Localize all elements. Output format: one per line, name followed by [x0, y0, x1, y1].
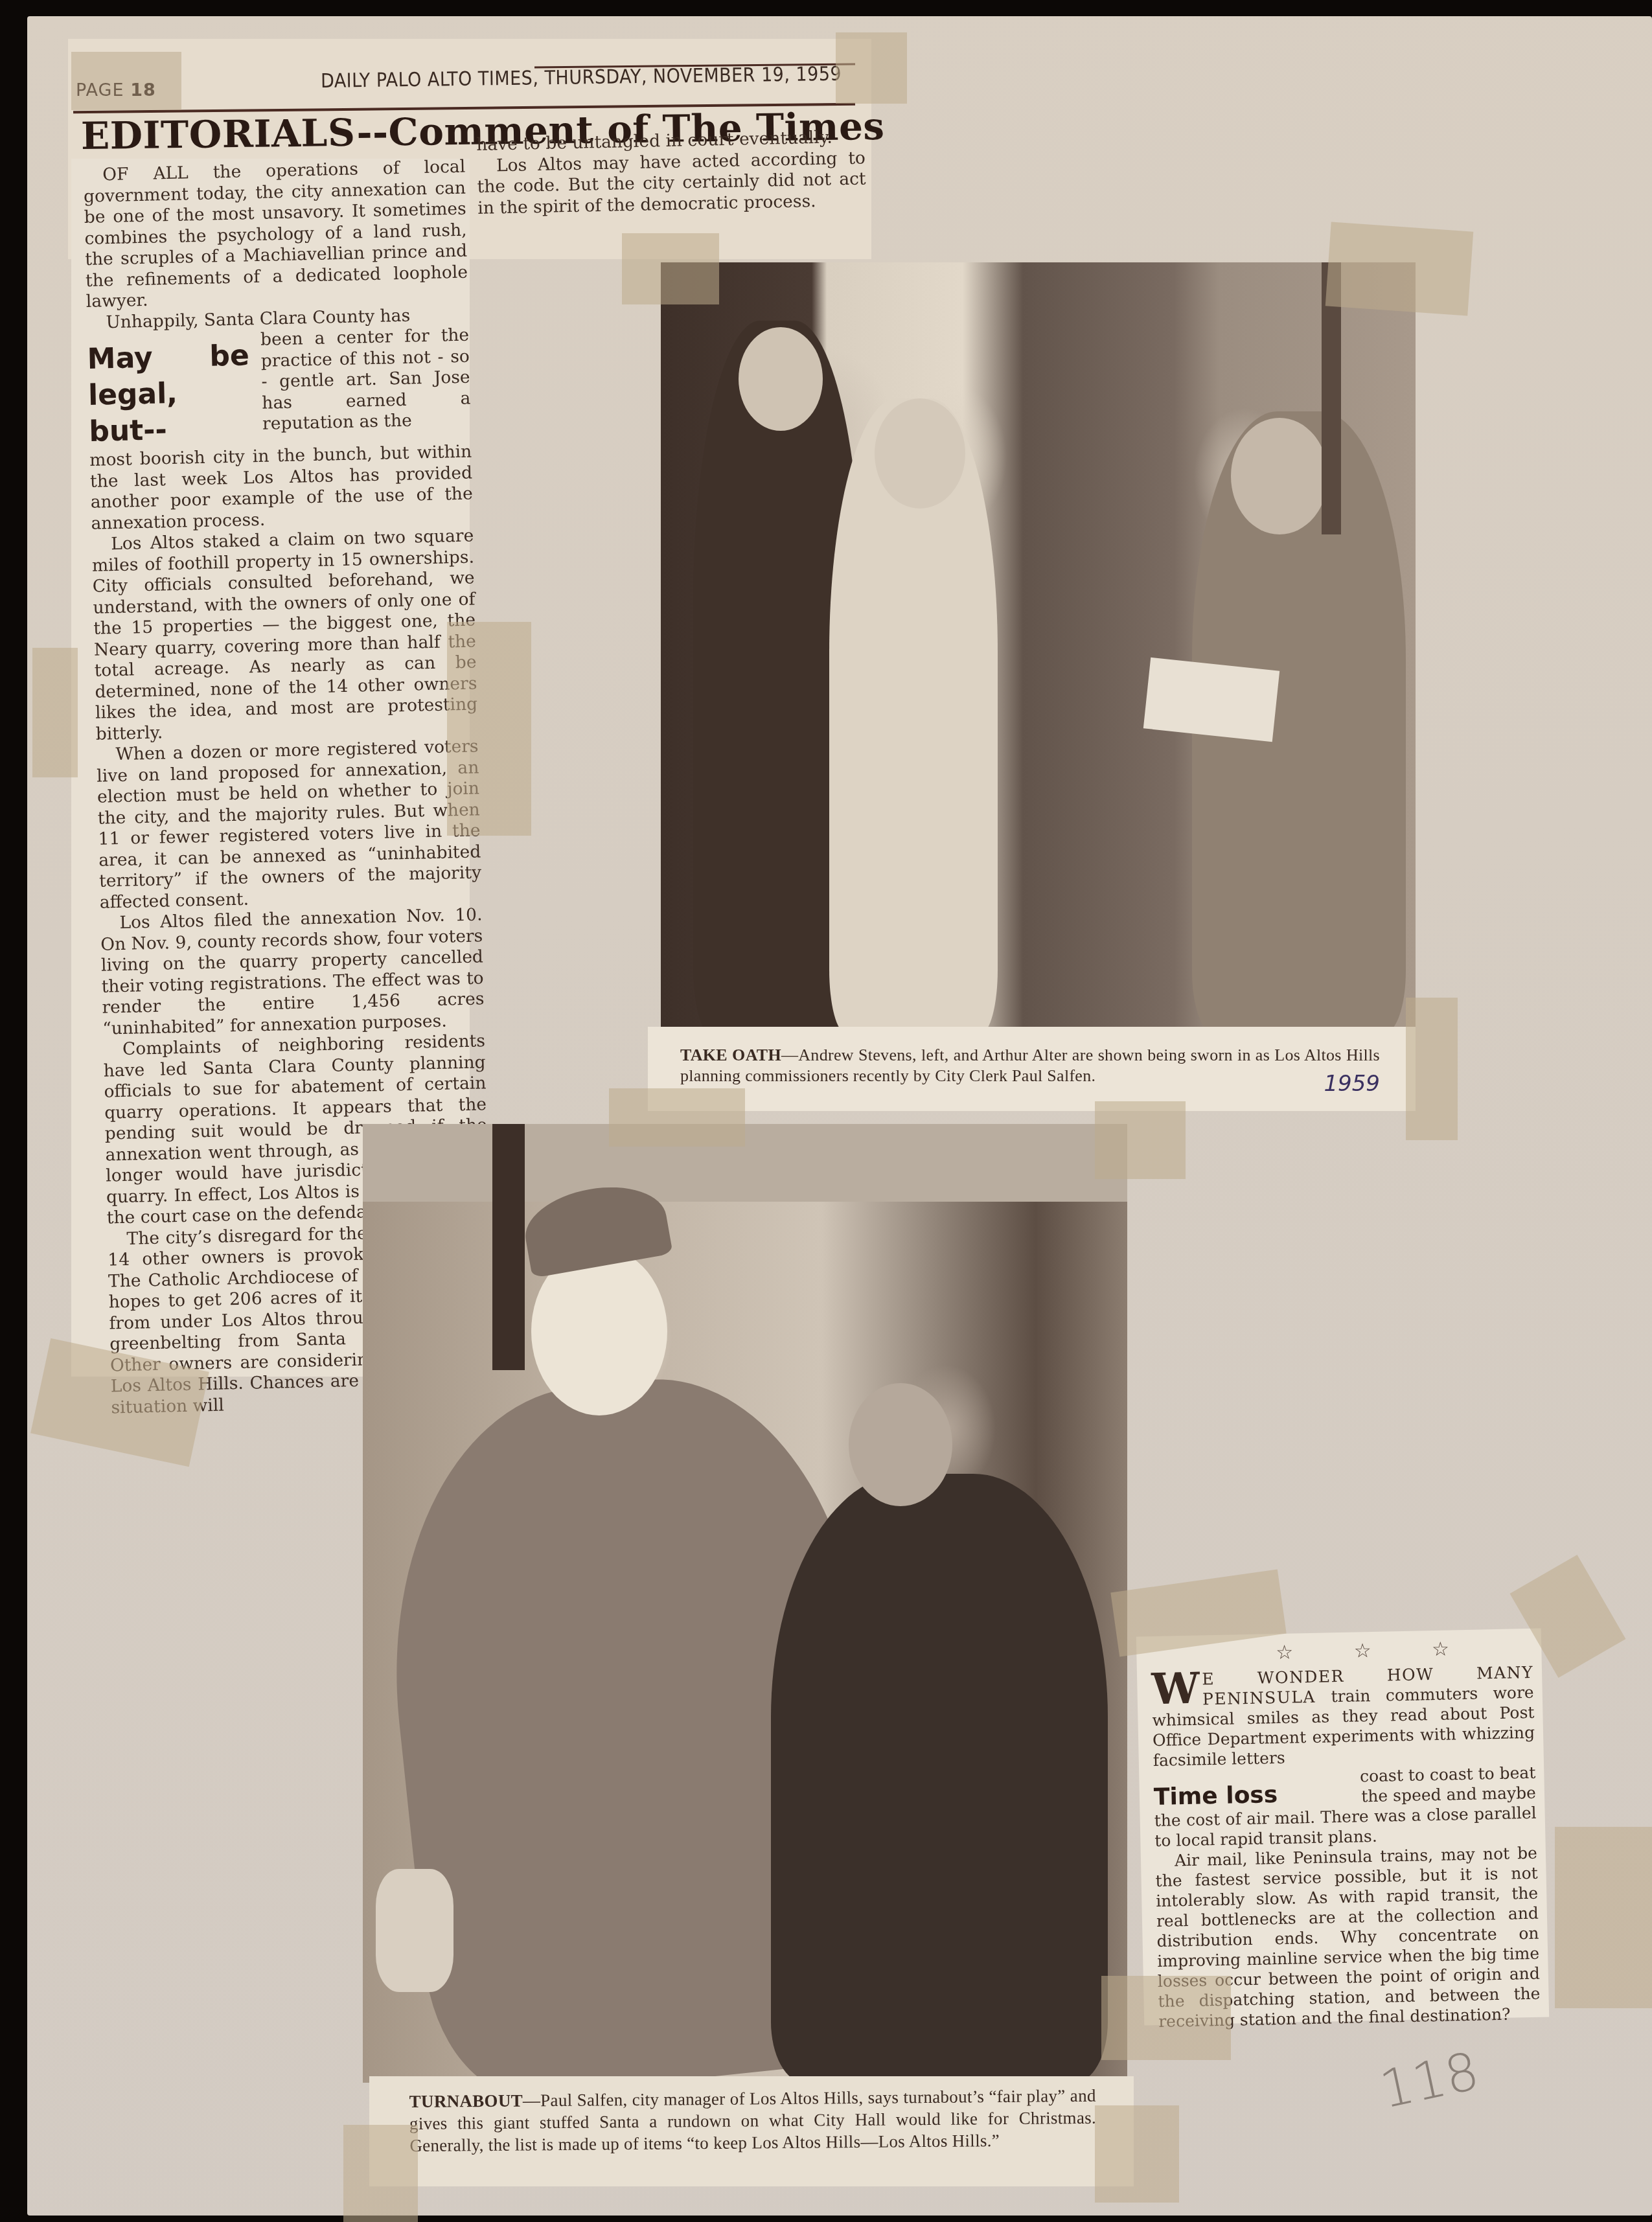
paragraph-continuation: most boorish city in the bunch, but with… — [89, 442, 474, 534]
tape-strip — [1101, 1976, 1231, 2060]
tape-strip — [32, 648, 78, 777]
editorial-column-2: have to be untangled in court eventually… — [476, 126, 867, 219]
santa-mitten — [376, 1869, 453, 1992]
photo-turnabout — [363, 1124, 1127, 2083]
paragraph: Los Altos filed the annexation Nov. 10. … — [100, 904, 485, 1039]
tape-strip — [71, 52, 181, 110]
tape-strip — [1095, 2105, 1179, 2203]
tape-strip — [1406, 998, 1458, 1140]
paragraph: OF ALL the operations of local governmen… — [83, 157, 468, 313]
photo-face — [1231, 418, 1328, 534]
photo-figure-man — [771, 1474, 1108, 2083]
subhead-block: May be legal, but-- been a center for th… — [87, 325, 472, 450]
tape-strip — [609, 1088, 745, 1147]
paragraph-continuation: coast to coast to beat the speed and may… — [1335, 1763, 1536, 1807]
caption-lead: TAKE OATH — [680, 1046, 781, 1064]
handwritten-year: 1959 — [1324, 1071, 1380, 1097]
tape-strip — [447, 622, 531, 836]
caption-text: TURNABOUT—Paul Salfen, city manager of L… — [409, 2085, 1097, 2157]
time-loss-clipping: ☆ ☆ ☆ W E WONDER HOW MANY PENINSULA trai… — [1136, 1629, 1549, 2026]
tape-strip — [836, 32, 907, 104]
caption-body: —Andrew Stevens, left, and Arthur Alter … — [680, 1046, 1380, 1085]
photo-document — [1143, 658, 1279, 742]
newspaper-dateline: DAILY PALO ALTO TIMES, THURSDAY, NOVEMBE… — [321, 63, 842, 93]
tape-strip — [1555, 1827, 1652, 2008]
time-loss-subhead: Time loss — [1153, 1767, 1322, 1811]
photo-wall — [363, 1124, 1127, 1202]
masthead: PAGE 18 DAILY PALO ALTO TIMES, THURSDAY,… — [68, 39, 871, 111]
paragraph: When a dozen or more registered voters l… — [96, 736, 482, 913]
tape-strip — [343, 2125, 418, 2222]
paragraph: Los Altos may have acted according to th… — [477, 148, 867, 219]
editorial-subhead: May be legal, but-- — [87, 330, 251, 450]
tape-strip — [1325, 222, 1474, 315]
paragraph: Los Altos staked a claim on two square m… — [91, 525, 478, 744]
photo-turnabout-caption: TURNABOUT—Paul Salfen, city manager of L… — [369, 2076, 1134, 2186]
caption-lead: TURNABOUT — [409, 2090, 523, 2111]
photo-thermometer — [492, 1124, 525, 1370]
caption-text: TAKE OATH—Andrew Stevens, left, and Arth… — [680, 1045, 1380, 1086]
dropcap: W — [1151, 1669, 1200, 1708]
tape-strip — [1095, 1101, 1186, 1179]
photo-take-oath — [661, 262, 1416, 1030]
photo-take-oath-caption: TAKE OATH—Andrew Stevens, left, and Arth… — [648, 1027, 1416, 1111]
paragraph-continuation: been a center for the practice of this n… — [260, 325, 472, 446]
star-ornament-icon: ☆ ☆ ☆ — [1276, 1638, 1476, 1664]
photo-face — [875, 398, 965, 509]
photo-face — [849, 1383, 952, 1506]
photo-face — [739, 327, 823, 431]
tape-strip — [622, 233, 719, 304]
lead-paragraph: W E WONDER HOW MANY PENINSULA train comm… — [1151, 1662, 1535, 1770]
